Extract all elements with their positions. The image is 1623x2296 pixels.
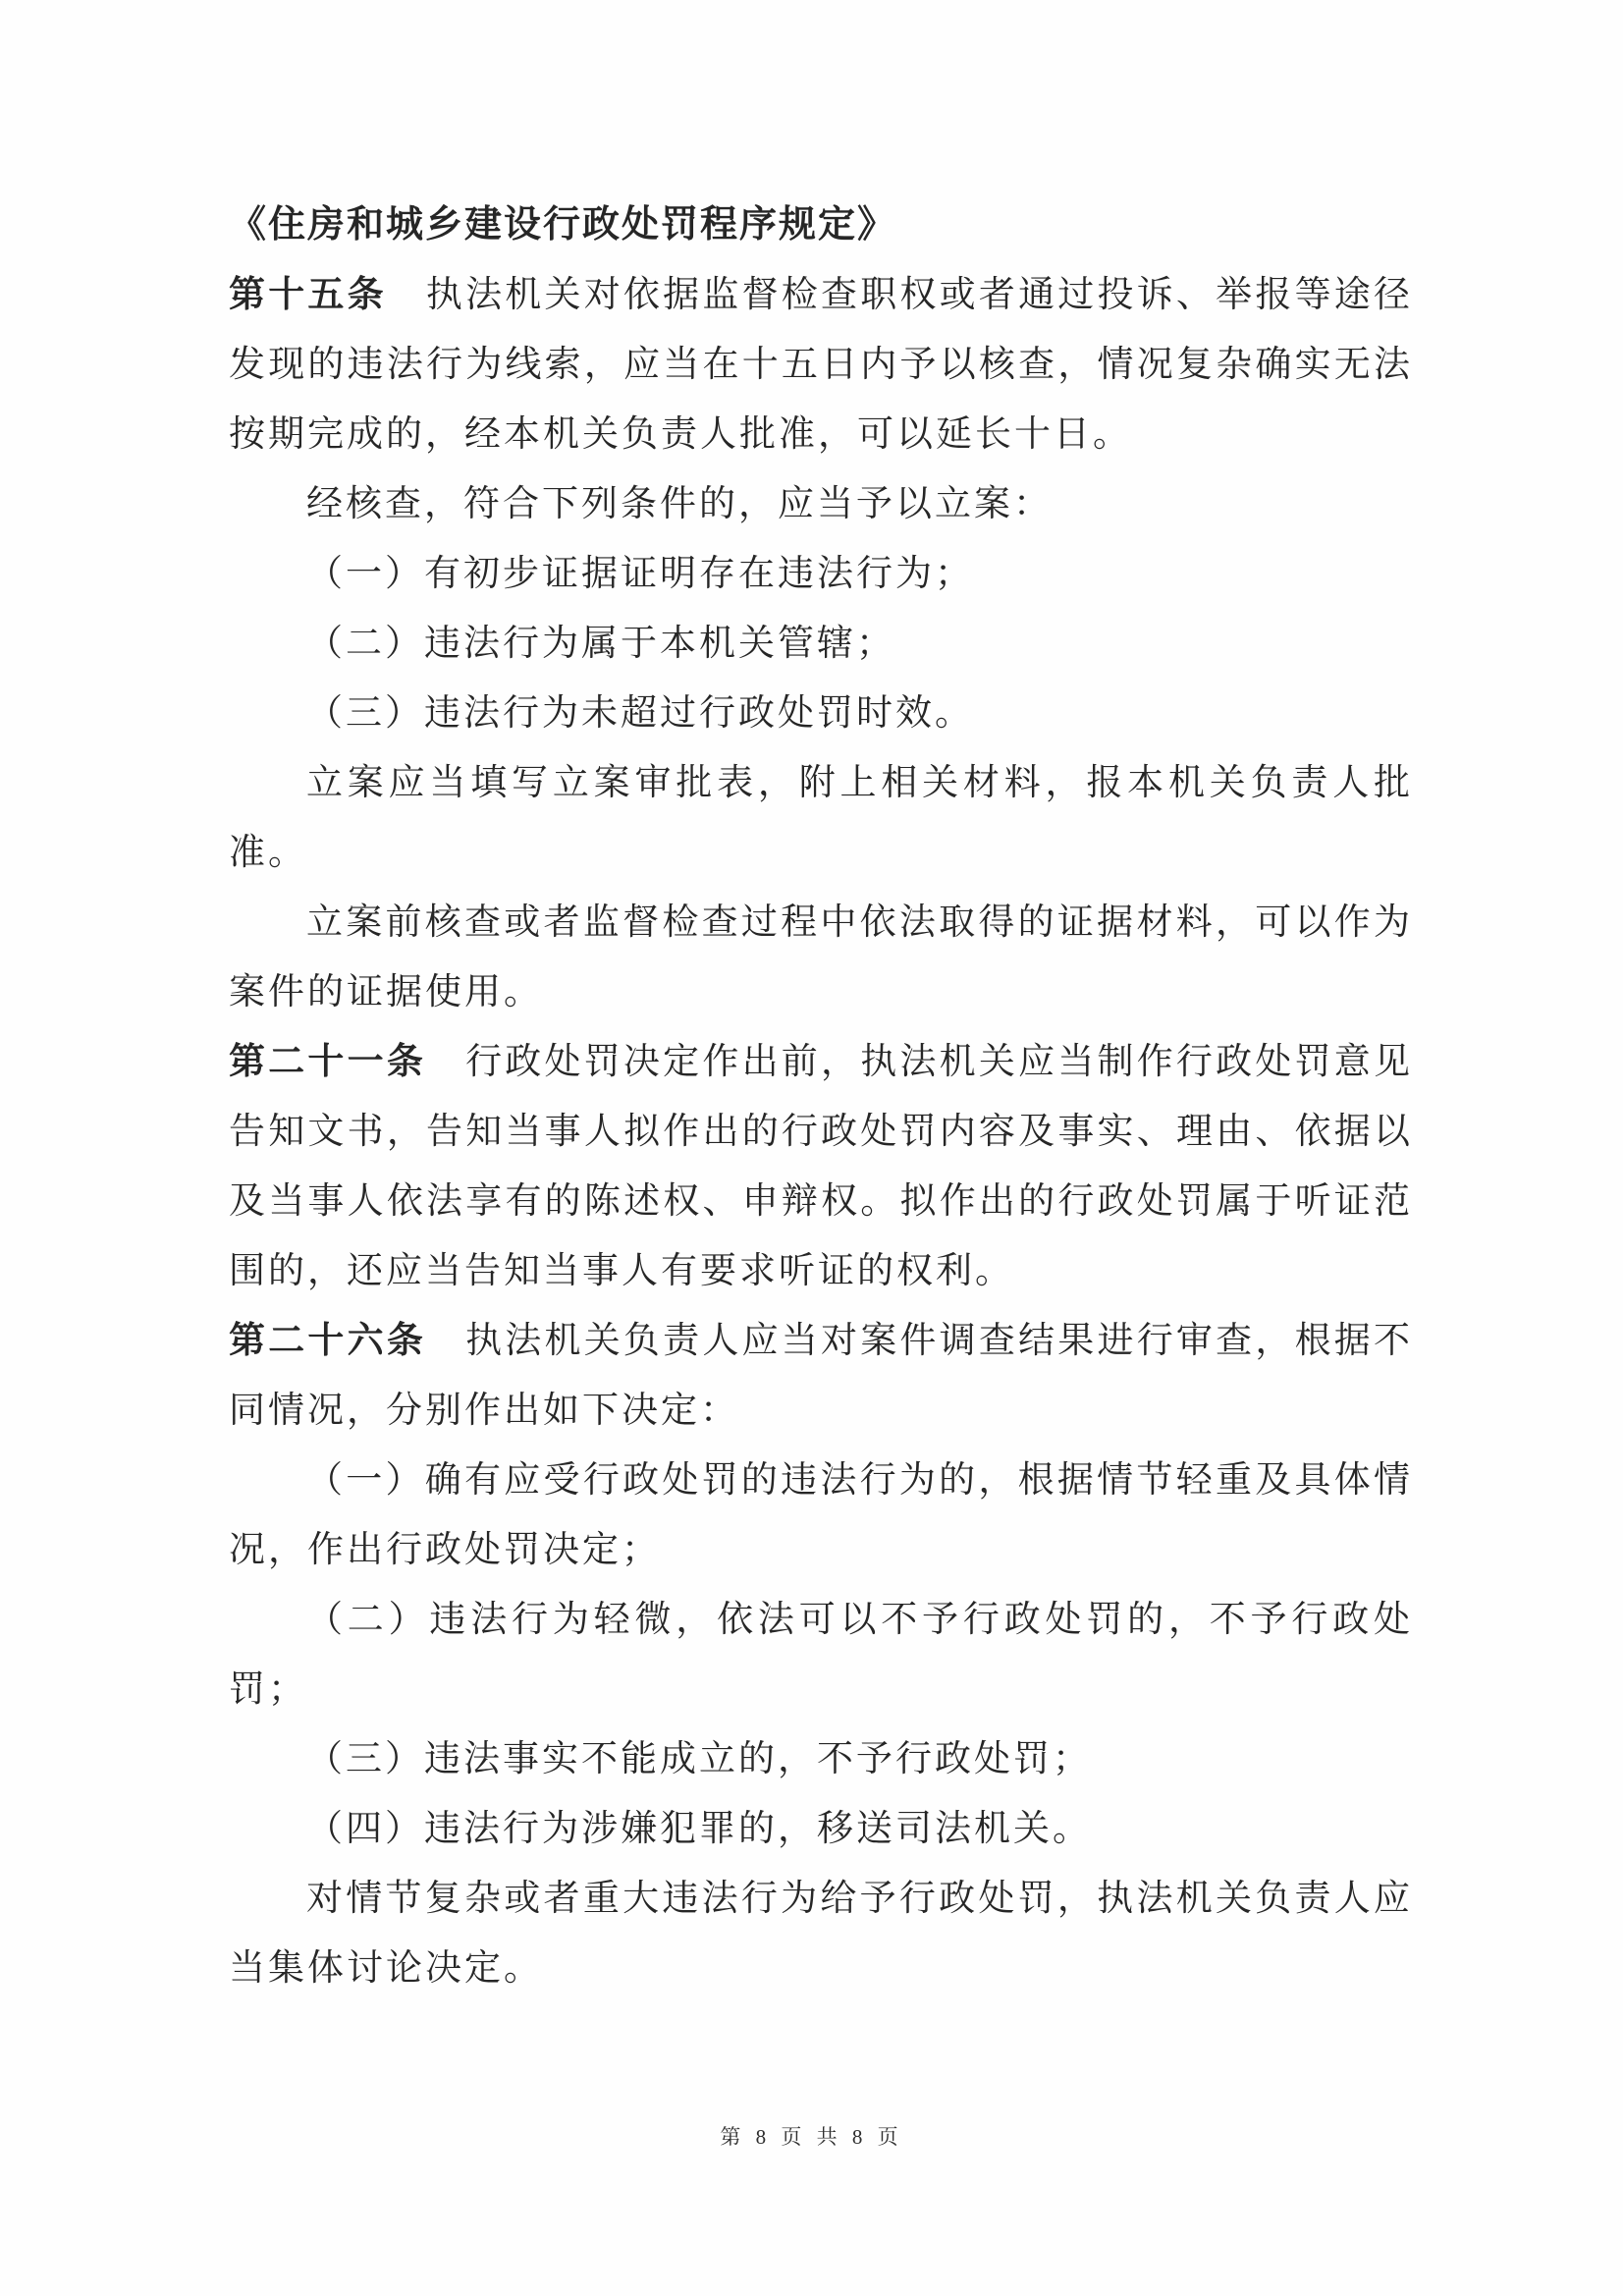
- article-26-number: 第二十六条: [229, 1321, 426, 1361]
- decision-item-1: （一）确有应受行政处罚的违法行为的，根据情节轻重及具体情况，作出行政处罚决定；: [229, 1446, 1413, 1585]
- decision-item-4: （四）违法行为涉嫌犯罪的，移送司法机关。: [229, 1794, 1413, 1864]
- article-26-paragraph: 第二十六条执法机关负责人应当对案件调查结果进行审查，根据不同情况，分别作出如下决…: [229, 1306, 1413, 1446]
- decision-item-3: （三）违法事实不能成立的，不予行政处罚；: [229, 1724, 1413, 1794]
- document-title: 《住房和城乡建设行政处罚程序规定》: [229, 191, 1413, 260]
- filing-condition-item-1: （一）有初步证据证明存在违法行为；: [229, 539, 1413, 609]
- filing-condition-item-3: （三）违法行为未超过行政处罚时效。: [229, 679, 1413, 748]
- document-body: 《住房和城乡建设行政处罚程序规定》 第十五条执法机关对依据监督检查职权或者通过投…: [229, 191, 1413, 2003]
- evidence-paragraph: 立案前核查或者监督检查过程中依法取得的证据材料，可以作为案件的证据使用。: [229, 888, 1413, 1027]
- article-21-number: 第二十一条: [229, 1042, 426, 1082]
- filing-form-paragraph: 立案应当填写立案审批表，附上相关材料，报本机关负责人批准。: [229, 748, 1413, 888]
- filing-intro-paragraph: 经核查，符合下列条件的，应当予以立案：: [229, 469, 1413, 539]
- article-21-paragraph: 第二十一条行政处罚决定作出前，执法机关应当制作行政处罚意见告知文书，告知当事人拟…: [229, 1027, 1413, 1306]
- collective-decision-paragraph: 对情节复杂或者重大违法行为给予行政处罚，执法机关负责人应当集体讨论决定。: [229, 1864, 1413, 2003]
- article-15-number: 第十五条: [229, 275, 387, 315]
- scanned-document-page: 《住房和城乡建设行政处罚程序规定》 第十五条执法机关对依据监督检查职权或者通过投…: [0, 0, 1623, 2296]
- page-number-footer: 第 8 页 共 8 页: [0, 2121, 1623, 2151]
- article-15-text: 执法机关对依据监督检查职权或者通过投诉、举报等途径发现的违法行为线索，应当在十五…: [229, 275, 1413, 455]
- filing-condition-item-2: （二）违法行为属于本机关管辖；: [229, 609, 1413, 679]
- decision-item-2: （二）违法行为轻微，依法可以不予行政处罚的，不予行政处罚；: [229, 1585, 1413, 1724]
- article-15-paragraph: 第十五条执法机关对依据监督检查职权或者通过投诉、举报等途径发现的违法行为线索，应…: [229, 260, 1413, 469]
